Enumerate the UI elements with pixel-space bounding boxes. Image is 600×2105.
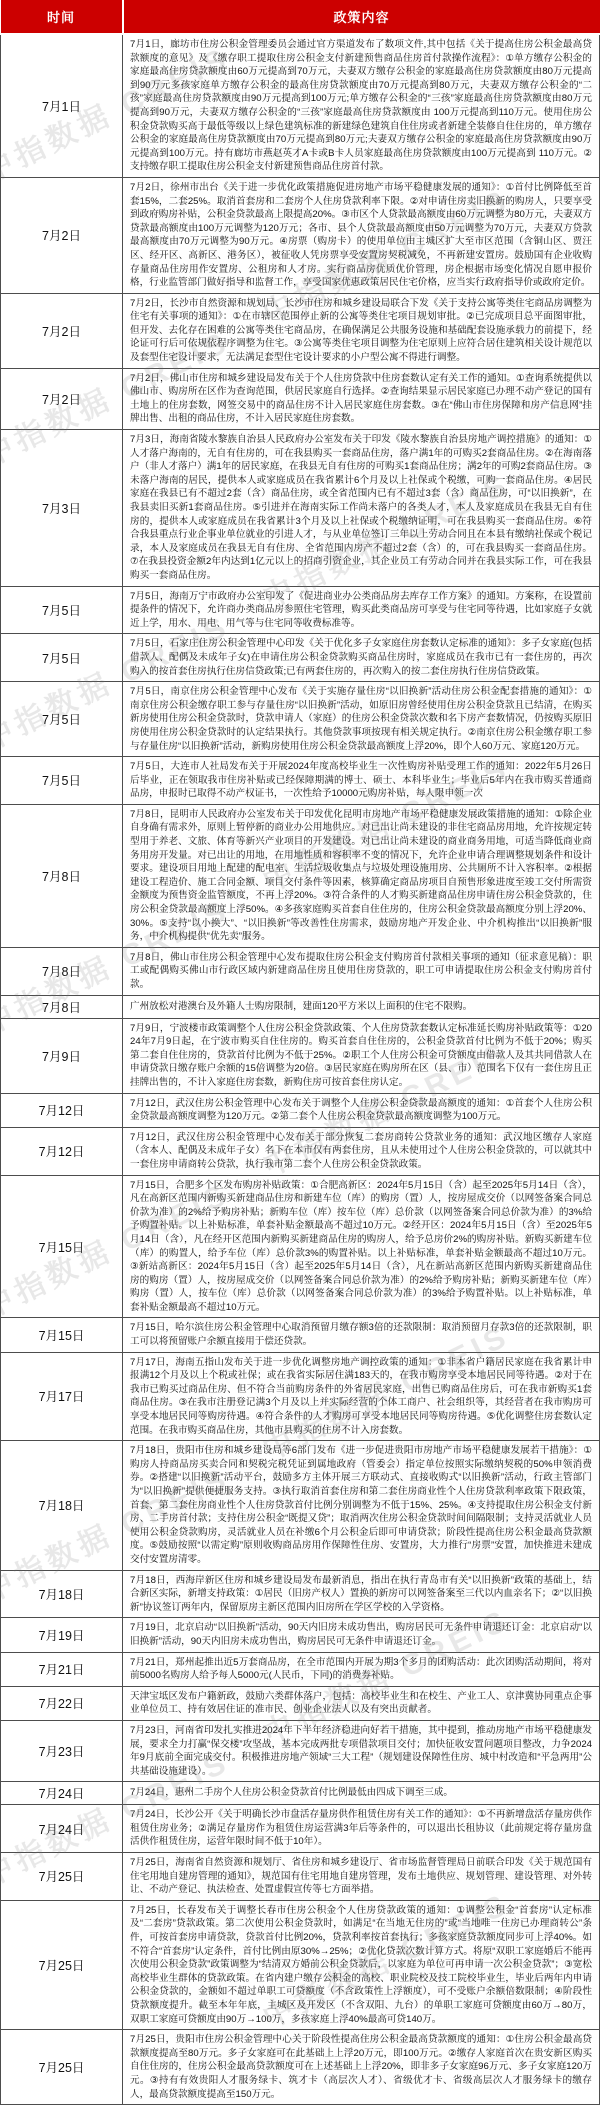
row-date: 7月8日	[1, 947, 123, 995]
table-row: 7月22日 天津宝坻区发布户籍新政，鼓励六类群体落户，包括：高校毕业生和在校生、…	[1, 1686, 600, 1720]
row-date: 7月23日	[1, 1720, 123, 1781]
table-row: 7月8日 7月8日，佛山市住房公积金管理中心发布提取住房公积金支付购房首付款相关…	[1, 947, 600, 995]
row-content: 7月24日，惠州二手房个人住房公积金贷款首付比例最低由四成下调至三成。	[123, 1782, 600, 1805]
row-date: 7月5日	[1, 682, 123, 757]
table-row: 7月15日 7月15日，合肥多个区发布购房补贴政策：①合肥高新区：2024年5月…	[1, 1175, 600, 1318]
row-content: 天津宝坻区发布户籍新政，鼓励六类群体落户，包括：高校毕业生和在校生、产业工人、京…	[123, 1686, 600, 1720]
row-date: 7月25日	[1, 1853, 123, 1901]
row-date: 7月19日	[1, 1618, 123, 1652]
table-row: 7月12日 7月12日，武汉住房公积金管理中心发布关于部分恢复二套房商转公贷款业…	[1, 1127, 600, 1175]
policy-table: 时间 政策内容 7月1日 7月1日，廊坊市住房公积金管理委员会通过官方渠道发布了…	[0, 0, 600, 2105]
row-content: 广州放松对港澳台及外籍人士购房限制，建面120平方米以上面积的住宅不限购。	[123, 995, 600, 1018]
row-content: 7月12日，武汉住房公积金管理中心发布关于调整个人住房公积金贷款最高额度的通知：…	[123, 1093, 600, 1127]
row-date: 7月2日	[1, 177, 123, 293]
row-date: 7月2日	[1, 293, 123, 368]
row-content: 7月5日，海南万宁市政府办公室印发了《促进商业办公类商品房去库存工作方案》的通知…	[123, 586, 600, 634]
table-row: 7月18日 7月18日，贵阳市住房和城乡建设局等6部门发布《进一步促进贵阳市房地…	[1, 1441, 600, 1570]
table-row: 7月5日 7月5日，大连市人社局发布关于开展2024年度高校毕业生一次性购房补贴…	[1, 757, 600, 805]
table-row: 7月12日 7月12日，武汉住房公积金管理中心发布关于调整个人住房公积金贷款最高…	[1, 1093, 600, 1127]
row-content: 7月9日，宁波楼市政策调整个人住房公积金贷款政策、个人住房贷款套数认定标准延长购…	[123, 1018, 600, 1093]
row-content: 7月5日，大连市人社局发布关于开展2024年度高校毕业生一次性购房补贴受理工作的…	[123, 757, 600, 805]
row-content: 7月23日，河南省印发扎实推进2024年下半年经济稳进向好若干措施，其中提到，推…	[123, 1720, 600, 1781]
row-content: 7月19日，北京启动“以旧换新”活动，90天内旧房未成功售出，购房居民可无条件申…	[123, 1618, 600, 1652]
table-row: 7月3日 7月3日，海南省陵水黎族自治县人民政府办公室发布关于印发《陵水黎族自治…	[1, 430, 600, 587]
row-content: 7月24日，长沙公开《关于明确长沙市盘活存量房供作租赁住房有关工作的通知》：①不…	[123, 1805, 600, 1853]
row-date: 7月12日	[1, 1127, 123, 1175]
row-date: 7月8日	[1, 804, 123, 947]
row-content: 7月5日，南京住房公积金管理中心发布《关于实施存量住房“以旧换新”活动住房公积金…	[123, 682, 600, 757]
row-content: 7月15日，合肥多个区发布购房补贴政策：①合肥高新区：2024年5月15日（含）…	[123, 1175, 600, 1318]
row-date: 7月12日	[1, 1093, 123, 1127]
row-content: 7月17日，海南五指山发布关于进一步优化调整房地产调控政策的通知：①非本省户籍居…	[123, 1352, 600, 1441]
table-row: 7月2日 7月2日，佛山市住房和城乡建设局发布关于个人住房贷款中住房套数认定有关…	[1, 368, 600, 429]
table-row: 7月2日 7月2日，徐州市出台《关于进一步优化政策措施促进房地产市场平稳健康发展…	[1, 177, 600, 293]
table-header-row: 时间 政策内容	[1, 0, 600, 34]
row-content: 7月25日，长春发布关于调整长春市住房公积金个人住房贷款政策的通知：①调整公积金…	[123, 1900, 600, 2029]
table-row: 7月1日 7月1日，廊坊市住房公积金管理委员会通过官方渠道发布了数项文件,其中包…	[1, 34, 600, 177]
row-date: 7月5日	[1, 586, 123, 634]
table-row: 7月9日 7月9日，宁波楼市政策调整个人住房公积金贷款政策、个人住房贷款套数认定…	[1, 1018, 600, 1093]
row-content: 7月2日，佛山市住房和城乡建设局发布关于个人住房贷款中住房套数认定有关工作的通知…	[123, 368, 600, 429]
row-date: 7月22日	[1, 1686, 123, 1720]
table-row: 7月21日 7月21日，郑州起推出近5万套商品房，在全市范围内开展为期3个多月的…	[1, 1652, 600, 1686]
column-header-time: 时间	[1, 0, 123, 34]
table-row: 7月23日 7月23日，河南省印发扎实推进2024年下半年经济稳进向好若干措施，…	[1, 1720, 600, 1781]
table-row: 7月24日 7月24日，惠州二手房个人住房公积金贷款首付比例最低由四成下调至三成…	[1, 1782, 600, 1805]
row-date: 7月15日	[1, 1175, 123, 1318]
table-row: 7月15日 7月15日，哈尔滨住房公积金管理中心取消预留月缴存额3倍的还款限制：…	[1, 1318, 600, 1352]
row-date: 7月8日	[1, 995, 123, 1018]
row-date: 7月1日	[1, 34, 123, 177]
table-row: 7月19日 7月19日，北京启动“以旧换新”活动，90天内旧房未成功售出，购房居…	[1, 1618, 600, 1652]
row-content: 7月8日，佛山市住房公积金管理中心发布提取住房公积金支付购房首付款相关事项的通知…	[123, 947, 600, 995]
table-row: 7月25日 7月25日，长春发布关于调整长春市住房公积金个人住房贷款政策的通知：…	[1, 1900, 600, 2029]
row-content: 7月8日，昆明市人民政府办公室发布关于印发优化昆明市房地产市场平稳健康发展政策措…	[123, 804, 600, 947]
row-date: 7月17日	[1, 1352, 123, 1441]
policy-table-body: 7月1日 7月1日，廊坊市住房公积金管理委员会通过官方渠道发布了数项文件,其中包…	[1, 34, 600, 2105]
table-row: 7月25日 7月25日，贵阳市住房公积金管理中心关于阶段性提高住房公积金最高贷款…	[1, 2030, 600, 2105]
row-date: 7月24日	[1, 1805, 123, 1853]
row-content: 7月1日，廊坊市住房公积金管理委员会通过官方渠道发布了数项文件,其中包括《关于提…	[123, 34, 600, 177]
table-row: 7月2日 7月2日，长沙市自然资源和规划局、长沙市住房和城乡建设局联合下发《关于…	[1, 293, 600, 368]
row-date: 7月25日	[1, 2030, 123, 2105]
row-content: 7月12日，武汉住房公积金管理中心发布关于部分恢复二套房商转公贷款业务的通知：武…	[123, 1127, 600, 1175]
table-row: 7月17日 7月17日，海南五指山发布关于进一步优化调整房地产调控政策的通知：①…	[1, 1352, 600, 1441]
column-header-content: 政策内容	[123, 0, 600, 34]
table-row: 7月5日 7月5日，南京住房公积金管理中心发布《关于实施存量住房“以旧换新”活动…	[1, 682, 600, 757]
row-date: 7月2日	[1, 368, 123, 429]
row-date: 7月9日	[1, 1018, 123, 1093]
row-content: 7月2日，徐州市出台《关于进一步优化政策措施促进房地产市场平稳健康发展的通知》：…	[123, 177, 600, 293]
row-date: 7月18日	[1, 1441, 123, 1570]
row-date: 7月3日	[1, 430, 123, 587]
row-date: 7月5日	[1, 757, 123, 805]
row-date: 7月21日	[1, 1652, 123, 1686]
row-content: 7月25日，贵阳市住房公积金管理中心关于阶段性提高住房公积金最高贷款额度的通知：…	[123, 2030, 600, 2105]
row-content: 7月18日，西海岸新区住房和城乡建设局发布最新消息，指出在执行青岛市有关“以旧换…	[123, 1570, 600, 1618]
row-content: 7月25日，海南省自然资源和规划厅、省住房和城乡建设厅、省市场监督管理局日前联合…	[123, 1853, 600, 1901]
row-date: 7月25日	[1, 1900, 123, 2029]
row-content: 7月15日，哈尔滨住房公积金管理中心取消预留月缴存额3倍的还款限制：取消预留月存…	[123, 1318, 600, 1352]
row-content: 7月2日，长沙市自然资源和规划局、长沙市住房和城乡建设局联合下发《关于支持公寓等…	[123, 293, 600, 368]
row-content: 7月5日，石家庄住房公积金管理中心印发《关于优化多子女家庭住房套数认定标准的通知…	[123, 634, 600, 682]
row-date: 7月15日	[1, 1318, 123, 1352]
table-row: 7月18日 7月18日，西海岸新区住房和城乡建设局发布最新消息，指出在执行青岛市…	[1, 1570, 600, 1618]
table-row: 7月24日 7月24日，长沙公开《关于明确长沙市盘活存量房供作租赁住房有关工作的…	[1, 1805, 600, 1853]
table-row: 7月8日 广州放松对港澳台及外籍人士购房限制，建面120平方米以上面积的住宅不限…	[1, 995, 600, 1018]
row-content: 7月18日，贵阳市住房和城乡建设局等6部门发布《进一步促进贵阳市房地产市场平稳健…	[123, 1441, 600, 1570]
table-row: 7月5日 7月5日，海南万宁市政府办公室印发了《促进商业办公类商品房去库存工作方…	[1, 586, 600, 634]
policy-report-page: 中指数据 CREIS中指数据 CREIS中指数据 CREIS中指数据 CREIS…	[0, 0, 600, 2105]
row-content: 7月21日，郑州起推出近5万套商品房，在全市范围内开展为期3个多月的团购活动：此…	[123, 1652, 600, 1686]
table-row: 7月5日 7月5日，石家庄住房公积金管理中心印发《关于优化多子女家庭住房套数认定…	[1, 634, 600, 682]
row-content: 7月3日，海南省陵水黎族自治县人民政府办公室发布关于印发《陵水黎族自治县房地产调…	[123, 430, 600, 587]
row-date: 7月24日	[1, 1782, 123, 1805]
table-row: 7月8日 7月8日，昆明市人民政府办公室发布关于印发优化昆明市房地产市场平稳健康…	[1, 804, 600, 947]
row-date: 7月5日	[1, 634, 123, 682]
row-date: 7月18日	[1, 1570, 123, 1618]
table-row: 7月25日 7月25日，海南省自然资源和规划厅、省住房和城乡建设厅、省市场监督管…	[1, 1853, 600, 1901]
